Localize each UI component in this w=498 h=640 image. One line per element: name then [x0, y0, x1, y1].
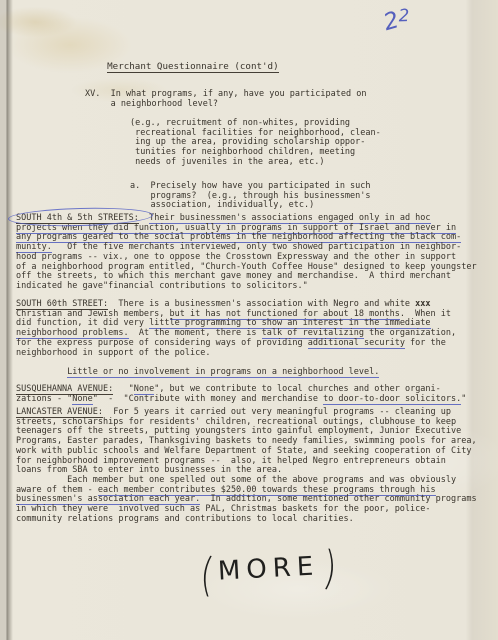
document-title: Merchant Questionnaire (cont'd): [85, 52, 279, 81]
document-line: indicated he gave"financial contribution…: [16, 282, 477, 292]
text-segment: xxx: [415, 299, 430, 309]
text-segment: Little or no involvement in programs on …: [67, 367, 379, 378]
text-segment: in which they were involved such as PAL,…: [16, 504, 431, 514]
document-line: a neighborhood level?: [85, 100, 366, 110]
document-line: association, individually, etc.): [130, 201, 371, 211]
text-segment: In addition, some mentioned other commun…: [200, 494, 476, 504]
more-close-paren: ): [322, 544, 339, 592]
question-xv-prompt: XV. In what programs, if any, have you p…: [85, 90, 366, 109]
document-line: needs of juveniles in the area, etc.): [130, 158, 381, 168]
text-segment: . When it: [400, 309, 451, 319]
text-segment: community relations programs and contrib…: [16, 514, 354, 524]
text-segment: for neighborhood improvement programs --…: [16, 456, 446, 466]
text-segment: There is a businessmen's association wit…: [108, 299, 415, 309]
text-segment: did function, it did very: [16, 318, 149, 328]
text-segment: Programs, Easter parades, Thanksgiving b…: [16, 436, 477, 446]
document-line: community relations programs and contrib…: [16, 515, 477, 525]
section-south-60th-street: SOUTH 60th STREET: There is a businessme…: [16, 300, 456, 378]
more-word: MORE: [215, 551, 322, 586]
text-segment: hood programs -- vix., one to oppose the…: [16, 252, 456, 262]
text-segment: ": [461, 394, 466, 404]
text-segment: At the moment, there is: [129, 328, 262, 338]
document-line: zations - "None" - "Contribute with mone…: [16, 395, 466, 405]
document-line: neighborhood in support of the police.: [16, 349, 456, 359]
text-segment: streets, scholarships for residents' chi…: [16, 417, 456, 427]
text-segment: to door-to-door solicitors.: [323, 394, 461, 405]
text-segment: ": [113, 384, 133, 394]
text-segment: indicated he gave"financial contribution…: [16, 281, 308, 291]
text-segment: [16, 367, 67, 377]
text-segment: work with public schools and Welfare Dep…: [16, 446, 471, 456]
handwritten-page-number: 22: [383, 7, 411, 36]
text-segment: the organization,: [364, 328, 456, 338]
document-title-text: Merchant Questionnaire (cont'd): [107, 61, 278, 73]
text-segment: teenagers off the streets, putting young…: [16, 426, 461, 436]
text-segment: additional security: [308, 338, 405, 349]
text-segment: off the streets, to which this merchant …: [16, 271, 451, 281]
text-segment: Of the five merchants interviewed, only …: [52, 242, 461, 252]
document-line: Little or no involvement in programs on …: [16, 368, 456, 378]
section-heading: SOUTH 4th & 5th STREETS:: [16, 213, 139, 224]
section-susquehanna-avenue: SUSQUEHANNA AVENUE: "None", but we contr…: [16, 385, 466, 404]
text-segment: of a neighborhood program entitled, "Chu…: [16, 262, 477, 272]
text-segment: Each member but one spelled out some of …: [16, 475, 456, 485]
question-xv-examples: (e.g., recruitment of non-whites, provid…: [130, 119, 381, 168]
text-segment: loans from SBA to enter into businesses …: [16, 465, 282, 475]
text-segment: " - "Contribute with money and merchandi…: [93, 394, 323, 404]
text-segment: neighborhood in support of the police.: [16, 348, 210, 358]
text-segment: for the express purpose of considering w…: [16, 338, 308, 348]
question-xv-sub-a: a. Precisely how have you participated i…: [130, 182, 371, 211]
text-segment: aware of them -: [16, 485, 98, 495]
text-segment: For 5 years it carried out very meaningf…: [103, 407, 451, 417]
text-segment: ", but we contribute to local churches a…: [154, 384, 441, 394]
text-segment: for the: [405, 338, 446, 348]
scanned-page: Merchant Questionnaire (cont'd) XV. In w…: [0, 0, 498, 640]
text-segment: zations - ": [16, 394, 72, 404]
more-open-paren: (: [199, 550, 216, 598]
text-segment: Christian and Jewish members,: [16, 309, 170, 319]
text-segment: None: [72, 394, 92, 405]
handwritten-digit: 2: [398, 6, 410, 26]
section-lancaster-avenue: LANCASTER AVENUE: For 5 years it carried…: [16, 408, 477, 524]
section-south-4th-and-5th-streets: SOUTH 4th & 5th STREETS: Their businessm…: [16, 214, 477, 292]
handwritten-more-note: (MORE): [197, 544, 341, 597]
